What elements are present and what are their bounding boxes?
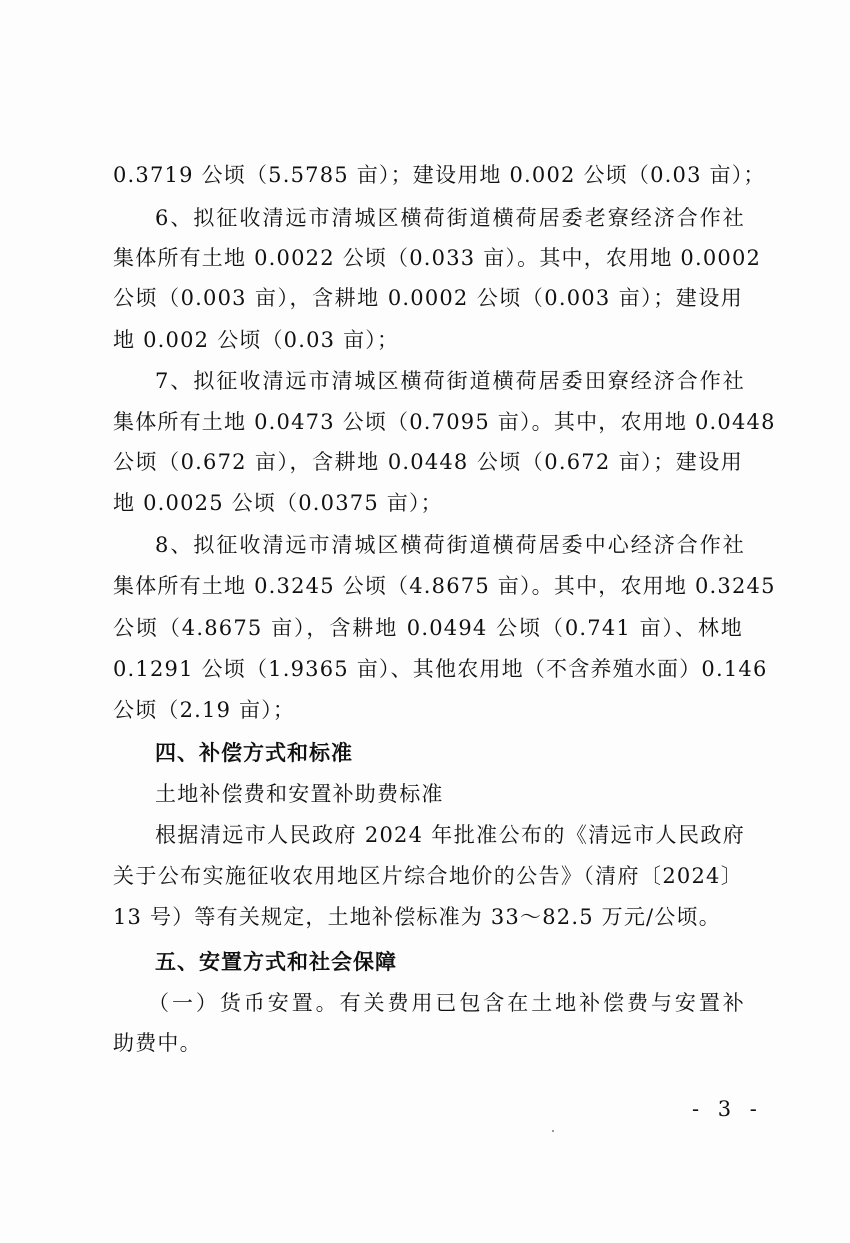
paragraph-line: 公顷（0.672 亩），含耕地 0.0448 公顷（0.672 亩）；建设用 bbox=[113, 447, 743, 477]
paragraph-line: 0.3719 公顷（5.5785 亩）；建设用地 0.002 公顷（0.03 亩… bbox=[113, 160, 743, 190]
scan-speck bbox=[552, 1130, 554, 1132]
list-item-8-line: 8、拟征收清远市清城区横荷街道横荷居委中心经济合作社 bbox=[155, 530, 745, 560]
paragraph-line: 公顷（2.19 亩）； bbox=[113, 695, 743, 725]
section-heading-4: 四、补偿方式和标准 bbox=[155, 738, 745, 768]
section-heading-5: 五、安置方式和社会保障 bbox=[155, 947, 745, 977]
paragraph-line: 0.1291 公顷（1.9365 亩）、其他农用地（不含养殖水面）0.146 bbox=[113, 654, 743, 684]
paragraph-line: 集体所有土地 0.0022 公顷（0.033 亩）。其中，农用地 0.0002 bbox=[113, 243, 743, 273]
paragraph-line: 公顷（4.8675 亩），含耕地 0.0494 公顷（0.741 亩）、林地 bbox=[113, 613, 743, 643]
page-number: - 3 - bbox=[692, 1097, 763, 1121]
paragraph-line: （一）货币安置。有关费用已包含在土地补偿费与安置补 bbox=[148, 988, 745, 1018]
paragraph-line: 集体所有土地 0.0473 公顷（0.7095 亩）。其中，农用地 0.0448 bbox=[113, 407, 743, 437]
list-item-7-line: 7、拟征收清远市清城区横荷街道横荷居委田寮经济合作社 bbox=[155, 366, 745, 396]
paragraph-line: 地 0.002 公顷（0.03 亩）； bbox=[113, 325, 743, 355]
paragraph-line: 关于公布实施征收农用地区片综合地价的公告》（清府〔2024〕 bbox=[113, 861, 743, 891]
document-page: 0.3719 公顷（5.5785 亩）；建设用地 0.002 公顷（0.03 亩… bbox=[0, 0, 850, 1243]
paragraph-line: 助费中。 bbox=[113, 1028, 743, 1058]
paragraph-line: 集体所有土地 0.3245 公顷（4.8675 亩）。其中，农用地 0.3245 bbox=[113, 571, 743, 601]
subheading: 土地补偿费和安置补助费标准 bbox=[155, 779, 745, 809]
paragraph-line: 13 号）等有关规定，土地补偿标准为 33～82.5 万元/公顷。 bbox=[113, 902, 743, 932]
list-item-6-line: 6、拟征收清远市清城区横荷街道横荷居委老寮经济合作社 bbox=[155, 203, 745, 233]
paragraph-line: 公顷（0.003 亩），含耕地 0.0002 公顷（0.003 亩）；建设用 bbox=[113, 283, 743, 313]
paragraph-line: 根据清远市人民政府 2024 年批准公布的《清远市人民政府 bbox=[155, 820, 745, 850]
paragraph-line: 地 0.0025 公顷（0.0375 亩）； bbox=[113, 488, 743, 518]
